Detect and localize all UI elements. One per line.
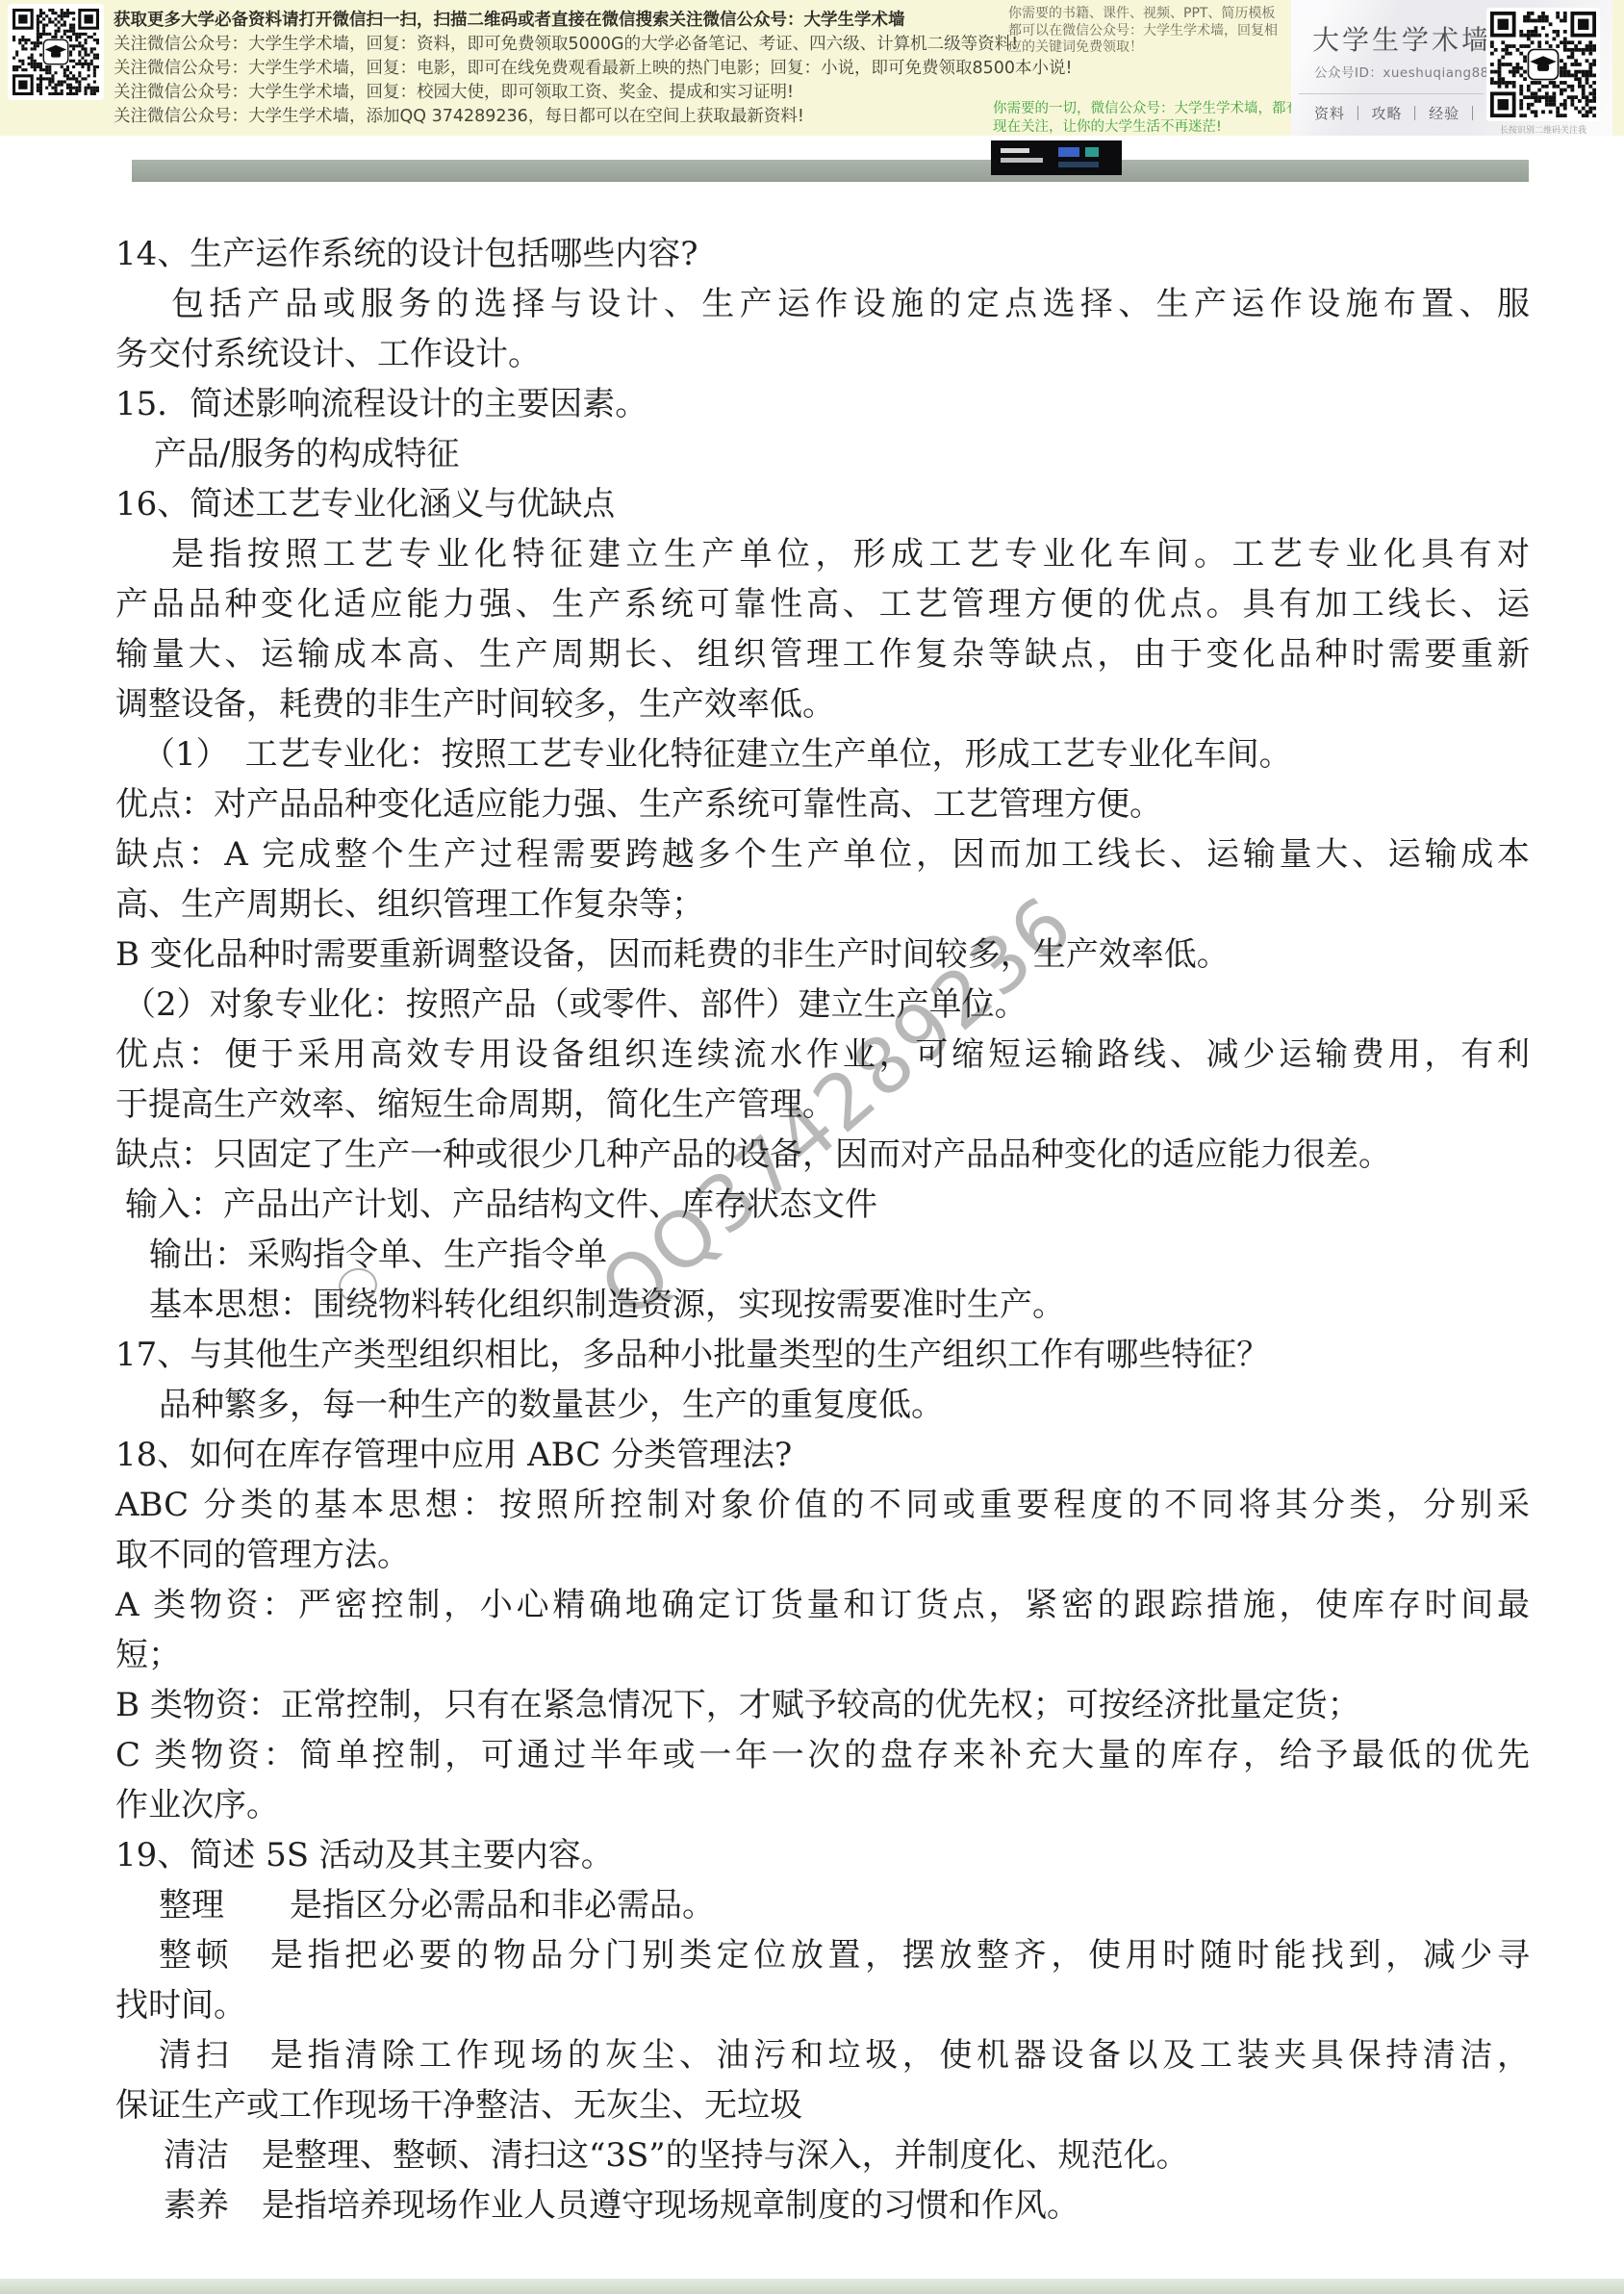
document-line: 找时间。 — [0, 1980, 1530, 2030]
document-line: 基本思想：围绕物料转化组织制造资源，实现按需要准时生产。 — [0, 1280, 1530, 1330]
document-line: 高、生产周期长、组织管理工作复杂等； — [0, 879, 1530, 930]
document-line: 输出：采购指令单、生产指令单 — [0, 1230, 1530, 1280]
banner-notice-line: 应的关键词免费领取！ — [1008, 39, 1302, 57]
document-line: 品种繁多，每一种生产的数量甚少，生产的重复度低。 — [0, 1380, 1530, 1430]
document-body: 14、生产运作系统的设计包括哪些内容?包括产品或服务的选择与设计、生产运作设施的… — [0, 229, 1530, 2230]
banner-text-lines: 获取更多大学必备资料请打开微信扫一扫，扫描二维码或者直接在微信搜索关注微信公众号… — [114, 9, 1013, 129]
qr-code-icon — [1490, 12, 1596, 117]
document-line: 于提高生产效率、缩短生命周期，简化生产管理。 — [0, 1080, 1530, 1130]
document-line: （2）对象专业化：按照产品（或零件、部件）建立生产单位。 — [0, 980, 1530, 1030]
banner-notice-lines: 你需要的书籍、课件、视频、PPT、简历模板都可以在微信公众号：大学生学术墙，回复… — [1008, 6, 1302, 57]
document-line: 输入：产品出产计划、产品结构文件、库存状态文件 — [0, 1180, 1530, 1230]
document-line: 包括产品或服务的选择与设计、生产运作设施的定点选择、生产运作设施布置、服 — [0, 279, 1530, 329]
document-line: 调整设备，耗费的非生产时间较多，生产效率低。 — [0, 679, 1530, 729]
document-line: B 类物资：正常控制，只有在紧急情况下，才赋予较高的优先权；可按经济批量定货； — [0, 1680, 1530, 1730]
banner-text-line: 关注微信公众号：大学生学术墙，回复：校园大使，即可领取工资、奖金、提成和实习证明… — [114, 81, 1013, 105]
document-line: ABC 分类的基本思想：按照所控制对象价值的不同或重要程度的不同将其分类，分别采 — [0, 1480, 1530, 1530]
document-line: 缺点：只固定了生产一种或很少几种产品的设备，因而对产品品种变化的适应能力很差。 — [0, 1130, 1530, 1180]
document-line: B 变化品种时需要重新调整设备，因而耗费的非生产时间较多，生产效率低。 — [0, 930, 1530, 980]
document-line: 清洁 是整理、整顿、清扫这“3S”的坚持与深入，并制度化、规范化。 — [0, 2130, 1530, 2180]
document-line: 缺点：A 完成整个生产过程需要跨越多个生产单位，因而加工线长、运输量大、运输成本 — [0, 829, 1530, 879]
document-line: 是指按照工艺专业化特征建立生产单位，形成工艺专业化车间。工艺专业化具有对 — [0, 529, 1530, 579]
banner-text-line: 关注微信公众号：大学生学术墙，回复：电影，即可在线免费观看最新上映的热门电影；回… — [114, 57, 1013, 81]
document-line: 15．简述影响流程设计的主要因素。 — [0, 379, 1530, 429]
document-line: 输量大、运输成本高、生产周期长、组织管理工作复杂等缺点，由于变化品种时需要重新 — [0, 629, 1530, 679]
document-line: 产品/服务的构成特征 — [0, 429, 1530, 479]
document-line: 17、与其他生产类型组织相比，多品种小批量类型的生产组织工作有哪些特征？ — [0, 1330, 1530, 1380]
document-line: 产品品种变化适应能力强、生产系统可靠性高、工艺管理方便的优点。具有加工线长、运 — [0, 579, 1530, 629]
document-line: 作业次序。 — [0, 1780, 1530, 1830]
banner-text-line: 关注微信公众号：大学生学术墙，回复：资料，即可免费领取5000G的大学必备笔记、… — [114, 33, 1013, 57]
banner-green-line: 你需要的一切，微信公众号：大学生学术墙，都有! — [993, 100, 1301, 118]
document-line: 整顿 是指把必要的物品分门别类定位放置，摆放整齐，使用时随时能找到，减少寻 — [0, 1930, 1530, 1980]
ad-banner: 获取更多大学必备资料请打开微信扫一扫，扫描二维码或者直接在微信搜索关注微信公众号… — [0, 0, 1624, 136]
document-line: A 类物资：严密控制，小心精确地确定订货量和订货点，紧密的跟踪措施，使库存时间最 — [0, 1580, 1530, 1630]
qr-scan-hint: 长按识别二维码关注我 — [1482, 123, 1605, 136]
banner-notice-line: 你需要的书籍、课件、视频、PPT、简历模板 — [1008, 6, 1302, 23]
banner-text-line: 获取更多大学必备资料请打开微信扫一扫，扫描二维码或者直接在微信搜索关注微信公众号… — [114, 9, 1013, 33]
qr-code-left — [8, 4, 104, 100]
document-line: 整理 是指区分必需品和非必需品。 — [0, 1880, 1530, 1930]
scanned-document-page: 获取更多大学必备资料请打开微信扫一扫，扫描二维码或者直接在微信搜索关注微信公众号… — [0, 0, 1624, 2294]
document-line: （1） 工艺专业化：按照工艺专业化特征建立生产单位，形成工艺专业化车间。 — [0, 729, 1530, 779]
document-line: 14、生产运作系统的设计包括哪些内容? — [0, 229, 1530, 279]
document-line: 短； — [0, 1630, 1530, 1680]
document-line: 18、如何在库存管理中应用 ABC 分类管理法? — [0, 1430, 1530, 1480]
document-line: 务交付系统设计、工作设计。 — [0, 329, 1530, 379]
banner-green-note: 你需要的一切，微信公众号：大学生学术墙，都有!现在关注，让你的大学生活不再迷茫! — [993, 100, 1301, 136]
scan-artifact-bottom-strip — [0, 2279, 1624, 2294]
brand-account-id: 公众号ID：xueshuqiang8888 — [1314, 62, 1507, 81]
brand-divider — [1299, 93, 1484, 94]
document-line: 清扫 是指清除工作现场的灰尘、油污和垃圾，使机器设备以及工装夹具保持清洁， — [0, 2030, 1530, 2080]
document-line: C 类物资：简单控制，可通过半年或一年一次的盘存来补充大量的库存，给予最低的优先 — [0, 1730, 1530, 1780]
document-line: 取不同的管理方法。 — [0, 1530, 1530, 1580]
qr-code-right — [1486, 8, 1600, 121]
document-line: 优点：对产品品种变化适应能力强、生产系统可靠性高、工艺管理方便。 — [0, 779, 1530, 829]
scan-artifact-black-box — [991, 140, 1122, 175]
document-line: 优点：便于采用高效专用设备组织连续流水作业，可缩短运输路线、减少运输费用，有利 — [0, 1030, 1530, 1080]
brand-card: 大学生学术墙 公众号ID：xueshuqiang8888 资料 ｜ 攻略 ｜ 经… — [1291, 0, 1612, 136]
banner-text-line: 关注微信公众号：大学生学术墙，添加QQ 374289236，每日都可以在空间上获… — [114, 105, 1013, 129]
brand-title: 大学生学术墙 — [1312, 19, 1491, 58]
document-line: 素养 是指培养现场作业人员遵守现场规章制度的习惯和作风。 — [0, 2180, 1530, 2230]
banner-green-line: 现在关注，让你的大学生活不再迷茫! — [993, 118, 1301, 137]
document-line: 19、简述 5S 活动及其主要内容。 — [0, 1830, 1530, 1880]
banner-notice-line: 都可以在微信公众号：大学生学术墙，回复相 — [1008, 23, 1302, 40]
document-line: 保证生产或工作现场干净整洁、无灰尘、无垃圾 — [0, 2080, 1530, 2130]
qr-code-icon — [13, 9, 99, 95]
scan-artifact-gray-bar — [132, 160, 1529, 182]
document-line: 16、简述工艺专业化涵义与优缺点 — [0, 479, 1530, 529]
